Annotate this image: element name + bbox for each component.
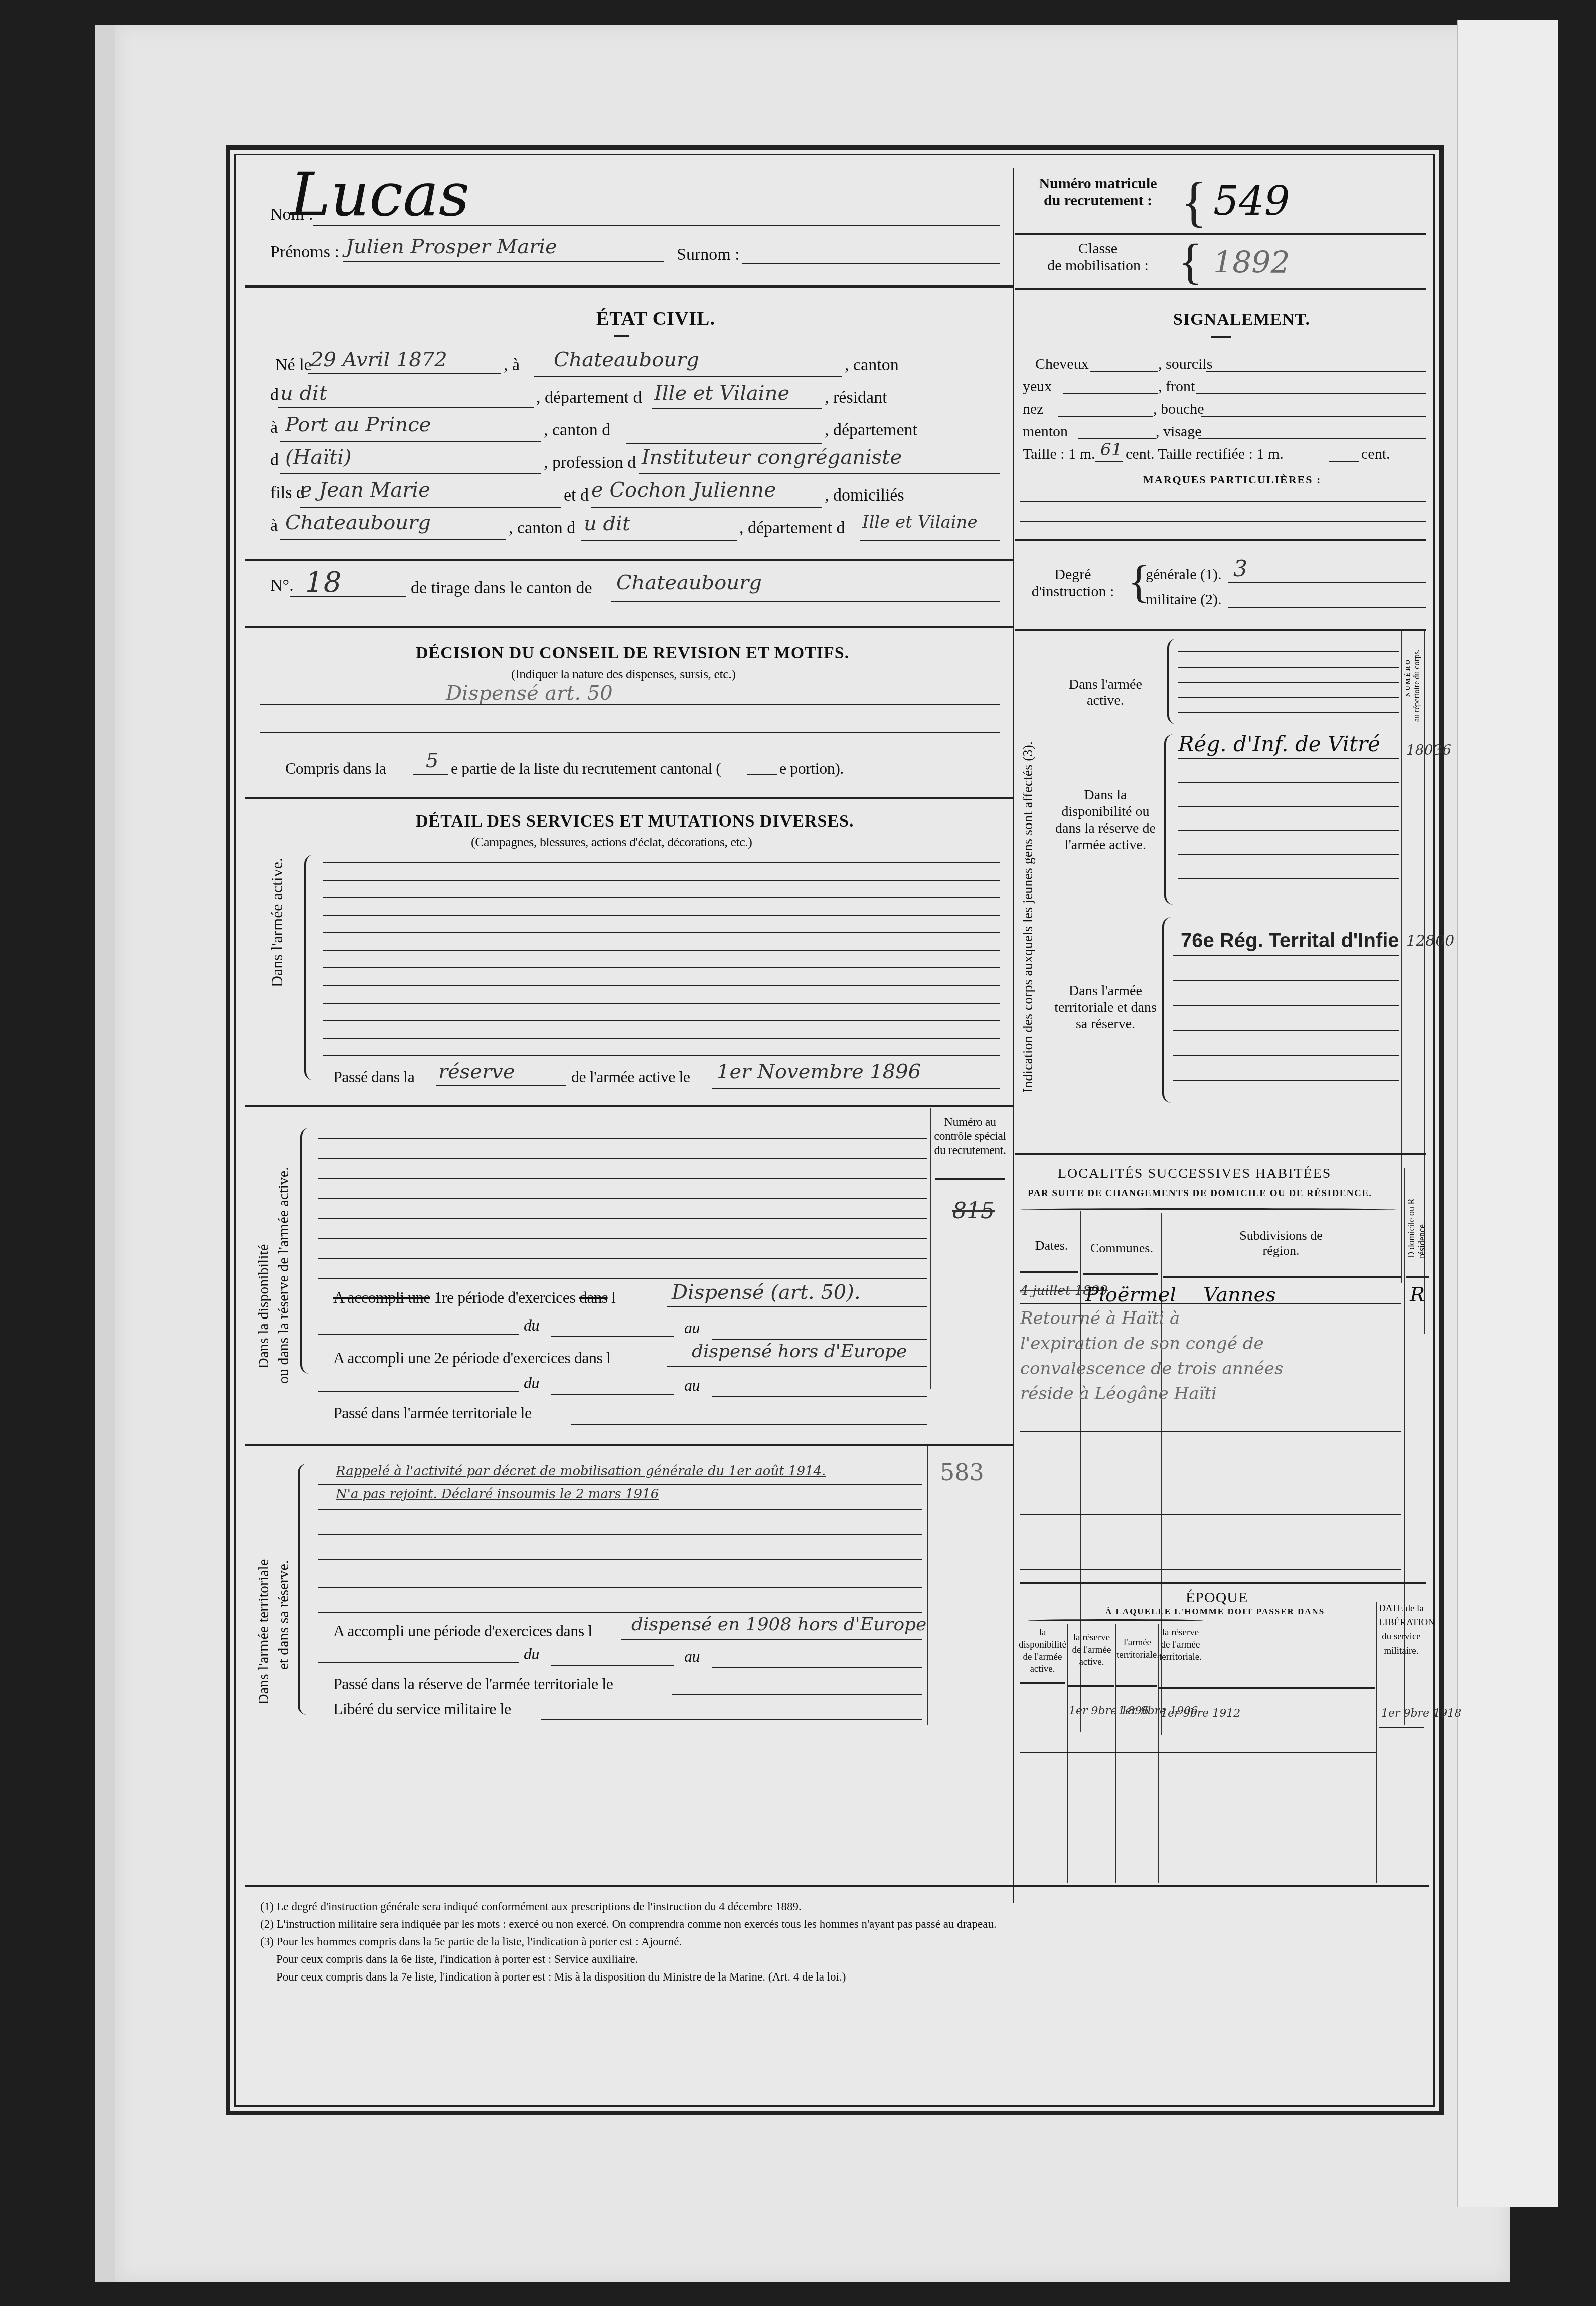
corps-territoriale-numero: 12800 — [1406, 932, 1454, 950]
departement2-line — [280, 473, 541, 474]
periode-terr-du-value-line — [551, 1665, 674, 1666]
corps-territoriale-stamp: 76e Rég. Territal d'Infie — [1181, 930, 1399, 952]
epoque-header-rule-2 — [1068, 1685, 1114, 1687]
tirage-canton-line — [611, 601, 1000, 602]
compris-label-2: e partie de la liste du recrutement cant… — [451, 759, 721, 778]
domicile-value: Chateaubourg — [285, 511, 431, 534]
passe-reserve-label-1: Passé dans la — [333, 1068, 414, 1086]
numero-repertoire-label-2: au répertoire du corps. — [1413, 649, 1422, 722]
tirage-label: de tirage dans le canton de — [411, 579, 592, 598]
periode1-struck: A accompli une — [333, 1288, 430, 1306]
signalement-rule — [1015, 539, 1426, 541]
canton-label: , canton — [845, 356, 899, 375]
surnom-line — [742, 263, 1000, 264]
passe-reserve-terr-line — [672, 1694, 922, 1695]
canton3-value: u dit — [584, 512, 630, 535]
footnote-1: (1) Le degré d'instruction générale sera… — [260, 1900, 802, 1913]
tirage-no-label: N°. — [270, 576, 294, 595]
periode1-du-label: du — [524, 1316, 539, 1335]
canton2-label: , canton d — [544, 421, 610, 440]
corps-rule — [1015, 1153, 1426, 1155]
profession-line — [639, 473, 1000, 474]
periode-terr-du-label: du — [524, 1644, 539, 1663]
visage-line — [1198, 438, 1426, 439]
periode-terr-line — [621, 1639, 922, 1640]
marques-line-1 — [1020, 501, 1426, 502]
departement2-value: (Haïti) — [285, 446, 352, 469]
rappel-line-1: Rappelé à l'activité par décret de mobil… — [336, 1464, 826, 1479]
departement3-value: Ille et Vilaine — [862, 512, 978, 532]
pere-value: e Jean Marie — [300, 478, 430, 502]
canton3-line — [581, 540, 737, 541]
classe-rule — [1015, 288, 1426, 290]
signalement-dash — [1211, 336, 1231, 338]
territoriale-side-label-2: et dans sa réserve. — [275, 1560, 292, 1670]
departement2-label: , département — [825, 421, 917, 440]
subdivisions-header-rule — [1163, 1276, 1401, 1278]
militaire-line — [1228, 607, 1426, 608]
footnotes-rule — [245, 1885, 1429, 1887]
passe-territoriale-line — [571, 1424, 927, 1425]
pere-line — [300, 507, 561, 508]
instruction-rule — [1015, 629, 1426, 631]
territoriale-brace — [298, 1464, 309, 1715]
periode1-value: Dispensé (art. 50). — [672, 1281, 861, 1304]
periode1-text: 1re période d'exercices — [434, 1288, 575, 1306]
periode1-l: l — [611, 1288, 615, 1306]
numero-repertoire-label-1: NUMÉRO — [1404, 658, 1412, 697]
sourcils-line — [1206, 371, 1426, 372]
passe-reserve-terr-label: Passé dans la réserve de l'armée territo… — [333, 1675, 613, 1693]
passe-reserve-date: 1er Novembre 1896 — [717, 1060, 921, 1083]
periode2-au-line — [712, 1396, 927, 1397]
decision-subtitle: (Indiquer la nature des dispenses, sursi… — [511, 667, 735, 682]
canton-prefix: d — [270, 386, 279, 405]
corps-territoriale-label: Dans l'armée territoriale et dans sa rés… — [1053, 982, 1158, 1032]
matricule-value: 549 — [1213, 178, 1290, 224]
periode1-au-label: au — [684, 1319, 700, 1337]
footnote-3: (3) Pour les hommes compris dans la 5e p… — [260, 1935, 682, 1948]
instruction-label-1: Degré — [1023, 566, 1123, 583]
departement2-prefix: d — [270, 451, 279, 470]
localites-col-dates: Dates. — [1023, 1238, 1080, 1253]
passe-reserve-line — [436, 1085, 566, 1086]
lieu-line — [534, 376, 842, 377]
domicilies-label: , domiciliés — [825, 486, 904, 505]
corps-active-label: Dans l'armée active. — [1053, 677, 1158, 709]
epoque-col-divider-3 — [1158, 1624, 1159, 1883]
active-rule — [245, 1105, 1013, 1107]
epoque-col-divider-2 — [1115, 1624, 1116, 1883]
classe-label-2: de mobilisation : — [1023, 257, 1173, 274]
domicile-line — [280, 539, 506, 540]
compris-value: 5 — [426, 749, 438, 772]
territoriale-side-label-1: Dans l'armée territoriale — [255, 1559, 272, 1705]
disponibilite-rule — [245, 1444, 1013, 1446]
taille-label: Taille : 1 m. — [1023, 446, 1095, 463]
matricule-rule — [1015, 233, 1426, 235]
rappel-line-2: N'a pas rejoint. Déclaré insoumis le 2 m… — [336, 1487, 659, 1502]
localites-rule — [1020, 1582, 1426, 1584]
corps-disponibilite-label: Dans la disponibilité ou dans la réserve… — [1053, 787, 1158, 853]
periode2-value: dispensé hors d'Europe — [692, 1341, 907, 1362]
corps-active-brace — [1167, 639, 1178, 724]
decision-title: DÉCISION DU CONSEIL DE REVISION ET MOTIF… — [416, 644, 849, 663]
compris-line — [413, 774, 448, 775]
generale-label: générale (1). — [1146, 566, 1222, 583]
corps-numero-divider-inner — [1401, 631, 1402, 1283]
epoque-brace — [1028, 1619, 1203, 1621]
disponibilite-side-label-1: Dans la disponibilité — [255, 1244, 272, 1369]
liberation-divider — [1376, 1602, 1377, 1883]
periode-terr-au-label: au — [684, 1647, 700, 1666]
residant-label: , résidant — [825, 388, 887, 407]
periode1-struck2: dans — [579, 1288, 608, 1306]
epoque-header-rule-3 — [1116, 1685, 1157, 1687]
classe-label: Classe de mobilisation : — [1023, 240, 1173, 274]
front-line — [1196, 393, 1426, 394]
departement-value: Ille et Vilaine — [654, 382, 789, 405]
departement-line — [652, 408, 822, 409]
menton-label: menton — [1023, 423, 1068, 440]
decision-line-1 — [260, 704, 1000, 705]
etat-civil-rule — [245, 559, 1013, 561]
departement-label: , département d — [536, 388, 642, 407]
domicile-prefix: à — [270, 516, 278, 535]
periode1-du-value-line — [551, 1336, 674, 1337]
libere-label: Libéré du service militaire le — [333, 1700, 511, 1718]
sourcils-label: , sourcils — [1158, 356, 1212, 373]
controle-rule — [935, 1178, 1005, 1180]
epoque-col-reserve-territoriale: la réserve de l'armée territoriale. — [1159, 1627, 1202, 1663]
marques-title: MARQUES PARTICULIÈRES : — [1143, 473, 1321, 486]
decision-rule — [245, 797, 1013, 799]
prenoms-line — [343, 261, 664, 262]
numero-controle-value: 815 — [952, 1198, 995, 1224]
communes-header-rule — [1083, 1273, 1158, 1275]
periode2-au-label: au — [684, 1376, 700, 1395]
registration-form: Lucas Nom : Prénoms : Julien Prosper Mar… — [226, 145, 1444, 2115]
disponibilite-brace — [300, 1128, 311, 1374]
localites-annotation-3: convalescence de trois années — [1020, 1359, 1283, 1379]
nom-label: Nom : — [270, 205, 313, 224]
classe-label-1: Classe — [1023, 240, 1173, 257]
disponibilite-side-label-2: ou dans la réserve de l'armée active. — [275, 1167, 292, 1384]
tirage-canton-value: Chateaubourg — [616, 571, 762, 594]
taille-cent-label-2: cent. — [1361, 446, 1390, 463]
generale-line — [1228, 582, 1426, 583]
footnote-2: (2) L'instruction militaire sera indiqué… — [260, 1918, 997, 1931]
footnote-5: Pour ceux compris dans la 7e liste, l'in… — [276, 1970, 846, 1984]
visage-label: , visage — [1156, 423, 1202, 440]
tirage-no-line — [290, 596, 406, 597]
nez-line — [1058, 416, 1153, 417]
epoque-col-disponibilite: la disponibilité de l'armée active. — [1019, 1627, 1066, 1675]
passe-reserve-label-2: de l'armée active le — [571, 1068, 690, 1086]
territoriale-numero-value: 583 — [940, 1459, 984, 1486]
cheveux-line — [1090, 371, 1158, 372]
canton3-label: , canton d — [509, 519, 575, 538]
periode1-label: A accompli une 1re période d'exercices d… — [333, 1288, 615, 1307]
epoque-header-rule-1 — [1020, 1682, 1065, 1684]
canton-value: u dit — [280, 382, 327, 405]
bouche-line — [1201, 416, 1426, 417]
localites-annotation-4: réside à Léogâne Haïti — [1020, 1384, 1217, 1404]
militaire-label: militaire (2). — [1146, 591, 1222, 608]
ne-le-line — [308, 373, 501, 374]
residence-prefix: à — [270, 418, 278, 437]
libere-line — [541, 1719, 922, 1720]
prenoms-label: Prénoms : — [270, 243, 339, 262]
liberation-value: 1er 9bre 1918 — [1381, 1707, 1461, 1720]
periode-terr-value: dispensé en 1908 hors d'Europe — [631, 1614, 926, 1635]
services-subtitle: (Campagnes, blessures, actions d'éclat, … — [471, 835, 752, 850]
periode1-du-line — [318, 1334, 519, 1335]
prenoms-value: Julien Prosper Marie — [346, 235, 557, 258]
localites-col-type: D domicile ou R résidence. — [1406, 1178, 1427, 1258]
type-header-rule — [1406, 1276, 1429, 1278]
decision-value: Dispensé art. 50 — [446, 682, 613, 705]
nom-line — [313, 225, 1000, 226]
services-title: DÉTAIL DES SERVICES ET MUTATIONS DIVERSE… — [416, 812, 854, 831]
tirage-rule — [245, 626, 1013, 628]
armee-active-brace — [304, 855, 315, 1080]
periode2-du-line — [318, 1391, 519, 1392]
controle-divider — [930, 1108, 931, 1389]
cheveux-label: Cheveux — [1035, 356, 1089, 373]
classe-brace: { — [1178, 233, 1202, 290]
passe-reserve-date-line — [712, 1088, 1000, 1089]
epoque-col-reserve-active: la réserve de l'armée active. — [1068, 1632, 1115, 1668]
territoriale-numero-divider — [927, 1446, 928, 1725]
compris-label-3: e portion). — [779, 759, 844, 778]
localites-subtitle: PAR SUITE DE CHANGEMENTS DE DOMICILE OU … — [1028, 1188, 1372, 1199]
passe-territoriale-label: Passé dans l'armée territoriale le — [333, 1404, 532, 1422]
corps-territoriale-brace — [1162, 917, 1173, 1103]
tirage-no-value: 18 — [305, 566, 341, 599]
taille-value: 61 — [1100, 440, 1122, 460]
periode1-au-line — [712, 1339, 927, 1340]
generale-value: 3 — [1233, 556, 1247, 582]
header-rule — [245, 285, 1013, 288]
periode2-label: A accompli une 2e période d'exercices da… — [333, 1349, 610, 1367]
localites-title: LOCALITÉS SUCCESSIVES HABITÉES — [1058, 1166, 1331, 1182]
profession-value: Instituteur congréganiste — [642, 446, 902, 469]
epoque-header-rule-4 — [1159, 1687, 1375, 1689]
localites-col-communes: Communes. — [1083, 1241, 1161, 1256]
epoque-value-reserve-territoriale: 1er 9bre 1912 — [1161, 1707, 1240, 1720]
nom-value: Lucas — [290, 160, 469, 230]
mere-value: e Cochon Julienne — [591, 478, 776, 502]
epoque-title: ÉPOQUE — [1186, 1589, 1248, 1606]
armee-active-side-label: Dans l'armée active. — [268, 858, 286, 987]
liberation-label: DATE de la LIBÉRATION du service militai… — [1379, 1602, 1424, 1658]
localites-annotation-2: l'expiration de son congé de — [1020, 1334, 1264, 1354]
periode-terr-au-line — [712, 1667, 922, 1668]
canton2-line — [626, 443, 822, 444]
departement3-label: , département d — [739, 519, 845, 538]
marques-line-2 — [1020, 521, 1426, 522]
epoque-col-territoriale: l'armée territoriale. — [1116, 1637, 1158, 1661]
decision-line-2 — [260, 732, 1000, 733]
matricule-label-1: Numéro matricule — [1023, 175, 1173, 192]
periode1-line — [667, 1306, 927, 1307]
ne-le-label: Né le — [275, 356, 312, 375]
mere-line — [591, 507, 822, 508]
corps-disponibilite-value: Rég. d'Inf. de Vitré — [1178, 732, 1380, 756]
et-de-label: et d — [564, 486, 589, 505]
matricule-label: Numéro matricule du recrutement : — [1023, 175, 1173, 209]
menton-line — [1078, 438, 1156, 439]
bouche-label: , bouche — [1153, 401, 1204, 418]
lieu-naissance: Chateaubourg — [554, 348, 699, 371]
residence-value: Port au Prince — [285, 413, 431, 436]
date-naissance: 29 Avril 1872 — [310, 348, 447, 371]
corps-side-label: Indication des corps auxquels les jeunes… — [1020, 741, 1036, 1093]
column-divider — [1013, 168, 1014, 1903]
taille-cent-label: cent. Taille rectifiée : 1 m. — [1126, 446, 1284, 463]
taille-rectifiee-line — [1329, 461, 1359, 462]
periode2-line — [667, 1366, 927, 1367]
matricule-brace: { — [1181, 170, 1207, 234]
a-label: , à — [504, 356, 520, 375]
dates-header-rule — [1020, 1271, 1078, 1273]
surnom-label: Surnom : — [677, 245, 740, 264]
etat-civil-title: ÉTAT CIVIL. — [596, 308, 715, 330]
matricule-label-2: du recrutement : — [1023, 192, 1173, 209]
localites-annotation-1: Retourné à Haïti à — [1020, 1308, 1180, 1329]
passe-reserve-value: réserve — [438, 1060, 515, 1083]
classe-value: 1892 — [1213, 245, 1290, 280]
yeux-label: yeux — [1023, 378, 1052, 395]
periode-terr-label: A accompli une période d'exercices dans … — [333, 1622, 592, 1640]
corps-disponibilite-numero: 18036 — [1406, 742, 1451, 758]
page-edge — [1457, 20, 1558, 2207]
localites-brace — [1020, 1208, 1396, 1210]
profession-label: , profession d — [544, 453, 636, 472]
periode2-du-value-line — [551, 1394, 674, 1395]
yeux-line — [1063, 393, 1158, 394]
instruction-label: Degré d'instruction : — [1023, 566, 1123, 600]
fils-de-label: fils d — [270, 483, 305, 503]
corps-disponibilite-brace — [1164, 734, 1175, 905]
title-dash — [614, 335, 629, 337]
footnote-4: Pour ceux compris dans la 6e liste, l'in… — [276, 1953, 638, 1966]
localites-col-subdivisions: Subdivisions de région. — [1163, 1228, 1399, 1258]
taille-line — [1095, 461, 1123, 462]
front-label: , front — [1158, 378, 1195, 395]
compris-label-1: Compris dans la — [285, 759, 386, 778]
signalement-title: SIGNALEMENT. — [1173, 310, 1310, 330]
portion-line — [747, 774, 777, 775]
instruction-label-2: d'instruction : — [1023, 583, 1123, 600]
residence-line — [280, 441, 541, 442]
epoque-subtitle: À LAQUELLE L'HOMME DOIT PASSER DANS — [1105, 1607, 1325, 1617]
periode-terr-du-line — [318, 1662, 519, 1663]
numero-controle-label: Numéro au contrôle spécial du recrutemen… — [932, 1115, 1008, 1158]
canton-line — [278, 407, 534, 408]
departement3-line — [860, 540, 1000, 541]
nez-label: nez — [1023, 401, 1044, 418]
periode2-du-label: du — [524, 1374, 539, 1392]
localite-type: R — [1410, 1283, 1425, 1306]
